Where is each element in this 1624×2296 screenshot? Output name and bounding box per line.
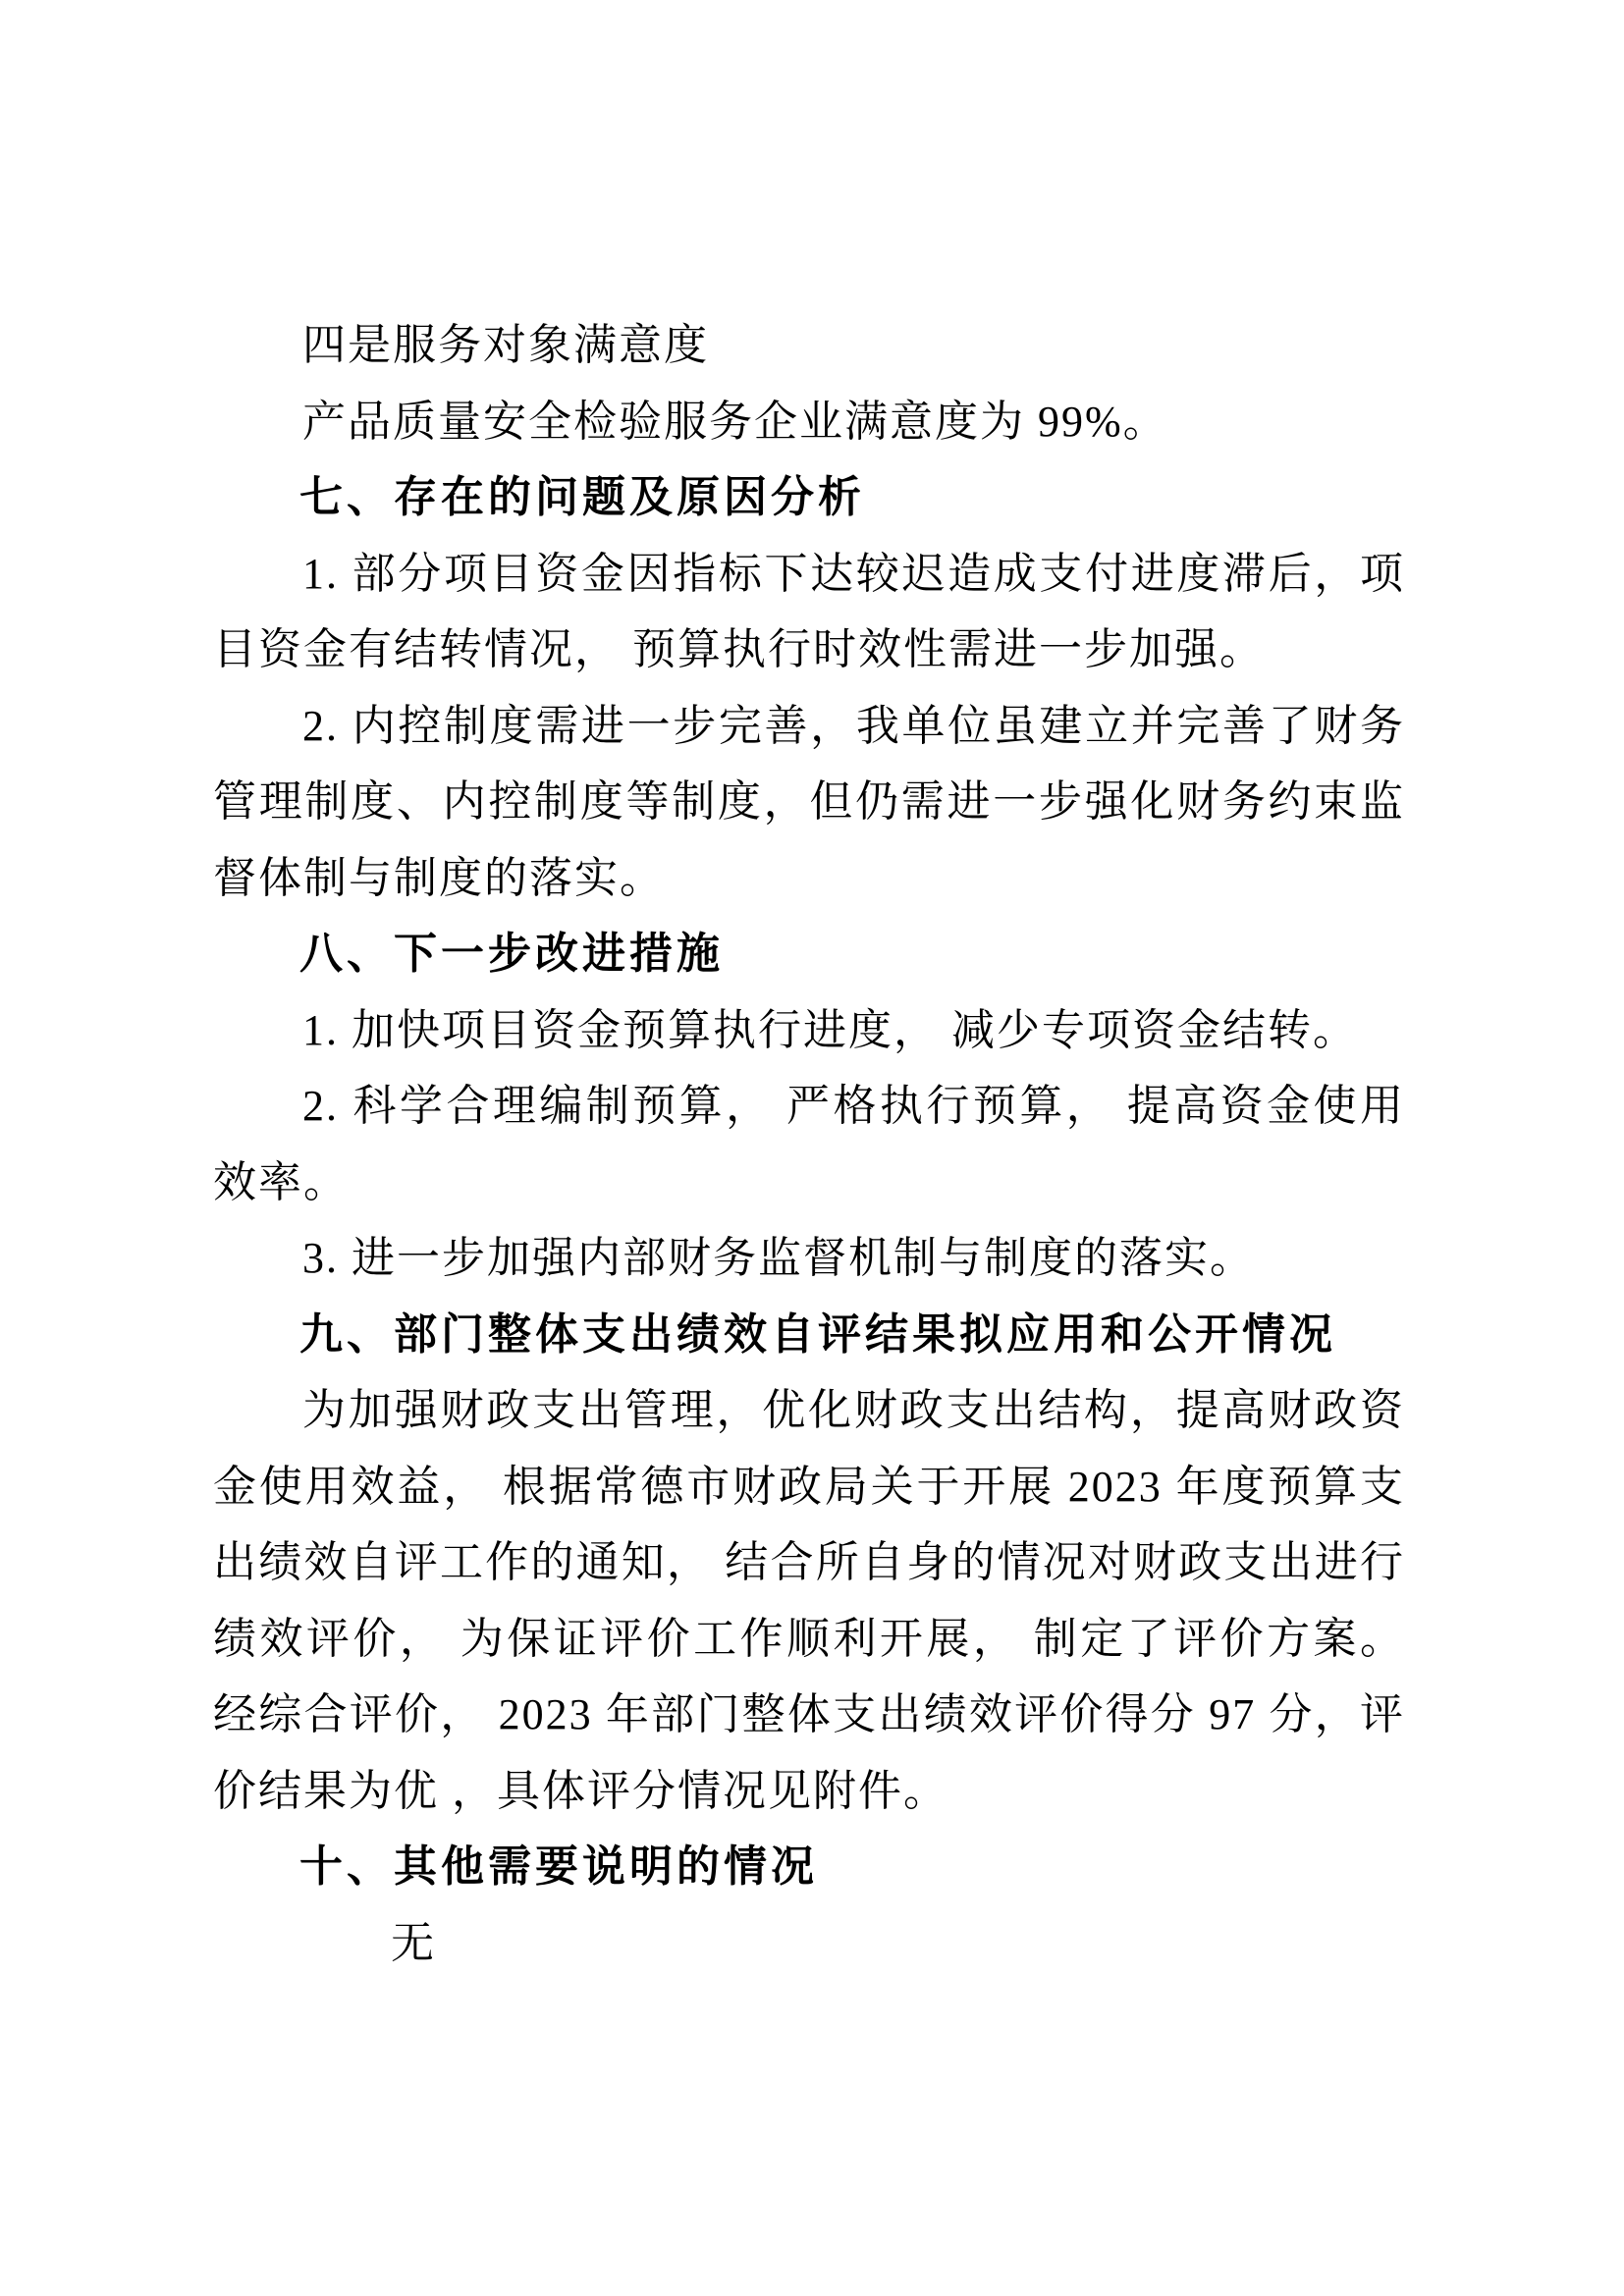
section-heading-8-improvements: 八、下一步改进措施 (213, 916, 1405, 992)
section-heading-7-problems: 七、存在的问题及原因分析 (213, 459, 1405, 536)
paragraph-problem-1: 1. 部分项目资金因指标下达较迟造成支付进度滞后，项目资金有结转情况， 预算执行… (213, 536, 1405, 688)
paragraph-improvement-3: 3. 进一步加强内部财务监督机制与制度的落实。 (213, 1220, 1405, 1297)
paragraph-improvement-1: 1. 加快项目资金预算执行进度， 减少专项资金结转。 (213, 992, 1405, 1069)
section-heading-9-results: 九、部门整体支出绩效自评结果拟应用和公开情况 (213, 1297, 1405, 1373)
paragraph-evaluation-result: 为加强财政支出管理，优化财政支出结构，提高财政资金使用效益， 根据常德市财政局关… (213, 1372, 1405, 1829)
paragraph-improvement-2: 2. 科学合理编制预算， 严格执行预算， 提高资金使用效率。 (213, 1068, 1405, 1220)
paragraph-problem-2: 2. 内控制度需进一步完善，我单位虽建立并完善了财务管理制度、内控制度等制度，但… (213, 688, 1405, 917)
paragraph-satisfaction-value: 产品质量安全检验服务企业满意度为 99%。 (213, 384, 1405, 460)
paragraph-satisfaction-title: 四是服务对象满意度 (213, 307, 1405, 384)
document-page: 四是服务对象满意度 产品质量安全检验服务企业满意度为 99%。 七、存在的问题及… (0, 0, 1624, 2296)
document-content: 四是服务对象满意度 产品质量安全检验服务企业满意度为 99%。 七、存在的问题及… (213, 307, 1405, 1981)
paragraph-none: 无 (213, 1905, 1405, 1982)
section-heading-10-other: 十、其他需要说明的情况 (213, 1829, 1405, 1905)
